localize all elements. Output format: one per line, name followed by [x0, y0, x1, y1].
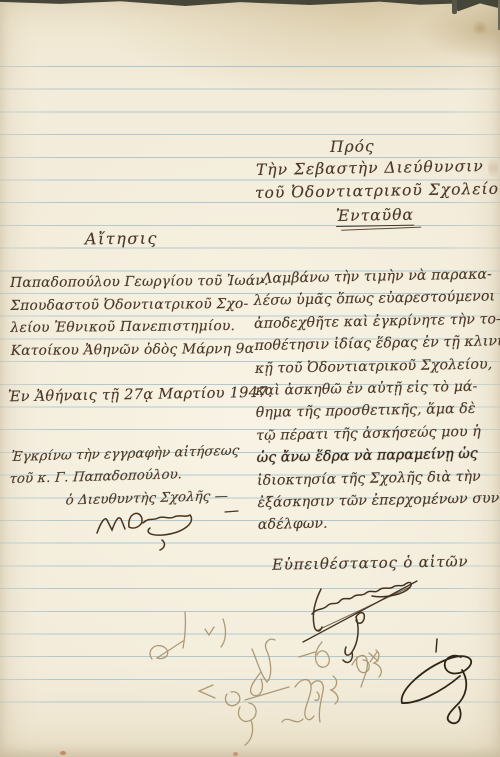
body-block: Λαμβάνω τὴν τιμὴν νὰ παρακα- λέσω ὑμᾶς ὅ… — [253, 263, 500, 537]
letter-title: Αἴτησις — [85, 229, 158, 249]
page-top-edge — [0, 0, 500, 12]
applicant-line: Παπαδοπούλου Γεωργίου τοῦ Ἰωάν. — [10, 270, 269, 295]
paper-stain — [472, 20, 488, 36]
salutation-to: Πρός — [330, 137, 375, 156]
closing-line: Εὐπειθέστατος ὁ αἰτῶν — [272, 552, 469, 573]
applicant-line: λείου Ἐθνικοῦ Πανεπιστημίου. — [10, 315, 269, 340]
paper-speck — [60, 751, 66, 755]
letter-page: Πρός Τὴν Σεβαστὴν Διεύθυνσιν τοῦ Ὀδοντια… — [0, 0, 500, 757]
applicant-line: Κατοίκου Ἀθηνῶν ὁδὸς Μάρνη 9α — [11, 338, 270, 363]
paper-stain — [488, 155, 498, 181]
recipient-place-text: Ἐνταῦθα — [336, 206, 414, 227]
body-line: αδέλφων. — [258, 510, 500, 537]
approval-note-block: Ἐγκρίνω τὴν εγγραφὴν αἰτήσεως τοῦ κ. Γ. … — [7, 441, 240, 515]
page-top-edge-notch — [452, 0, 457, 14]
applicant-line: Σπουδαστοῦ Ὀδοντιατρικοῦ Σχο- — [10, 292, 269, 317]
paper-speck — [233, 752, 238, 756]
approval-note-line: ὁ Διευθυντὴς Σχολῆς — — [65, 486, 237, 513]
recipient-place: Ἐνταῦθα — [336, 206, 414, 225]
applicant-block: Παπαδοπούλου Γεωργίου τοῦ Ἰωάν. Σπουδαστ… — [10, 270, 269, 363]
